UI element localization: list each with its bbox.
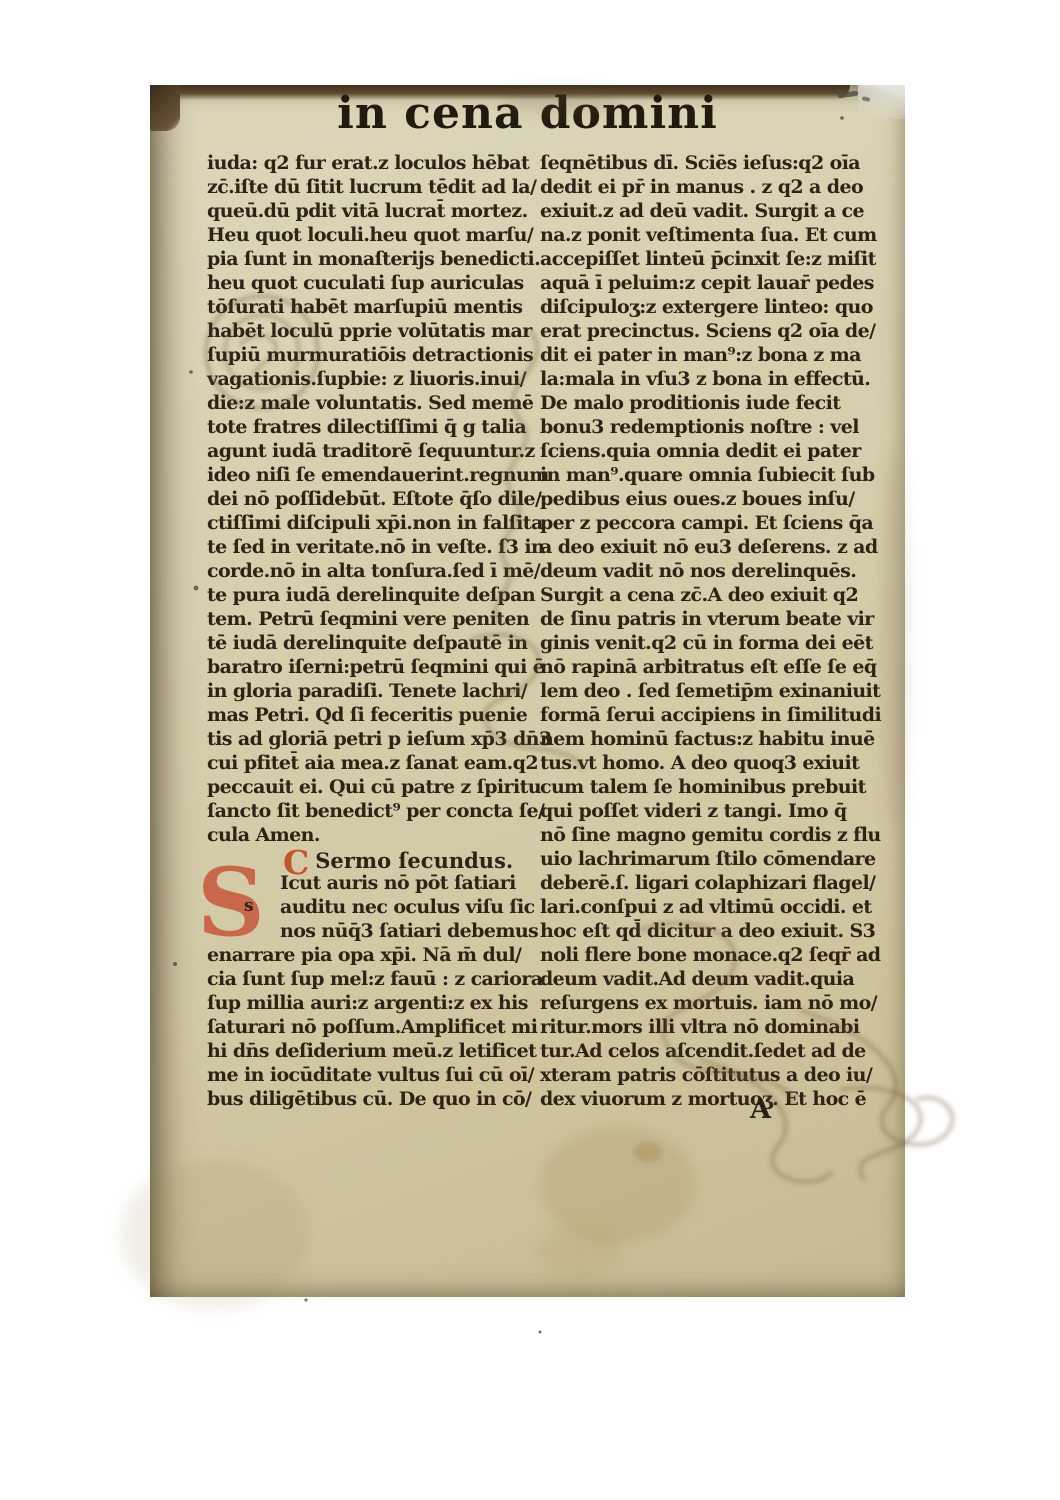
text-line: cui pfitet̄ aia mea.z ſanat eam.q2 — [207, 751, 539, 775]
text-line: zc̄.iſte dū ſitit lucrum tēdit ad la/ — [207, 175, 539, 199]
text-line: tis ad gloriā petri p ieſum xp̄3 dn̄3 — [207, 727, 539, 751]
text-line: deberē.ſ. ligari colaphizari flagel/ — [540, 871, 874, 895]
text-line: peccauit ei. Qui cū patre z ſpiritu — [207, 775, 539, 799]
text-line: bonu3 redemptionis noſtre : vel — [540, 415, 874, 439]
text-line: formā ſerui accipiens in ſimilitudi — [540, 703, 874, 727]
text-line: tem. Petrū ſeqmini vere peniten — [207, 607, 539, 631]
text-line: agunt iudā traditorē ſequuntur.z — [207, 439, 539, 463]
text-line: pia ſunt in monaſterijs benedicti. — [207, 247, 539, 271]
text-line: ideo niſi ſe emendauerint.regnum — [207, 463, 539, 487]
text-line: nos nūq̄3 ſatiari debemus — [280, 919, 540, 943]
quire-signature-mark: A — [750, 1094, 771, 1125]
text-line: dit ei pater in man⁹:z bona z ma — [540, 343, 874, 367]
text-line: deum vadit.Ad deum vadit.quia — [540, 967, 874, 991]
text-line: iuda: q2 fur erat.z loculos hēbat — [207, 151, 539, 175]
text-line: tē iudā derelinquite deſpautē in — [207, 631, 539, 655]
sermon-lines: enarrare pia opa xp̄i. Nā m̄ dul/cia ſun… — [207, 943, 539, 1111]
text-line: cia ſunt ſup mel:z fauū : z cariora — [207, 967, 539, 991]
text-line: uio lachrimarum ſtilo cōmendare — [540, 847, 874, 871]
text-line: ctiſſimi diſcipuli xp̄i.non in falſita — [207, 511, 539, 535]
text-line: Icut auris nō pōt ſatiari — [280, 871, 540, 895]
text-line: die:z male voluntatis. Sed memē — [207, 391, 539, 415]
guide-letter: s — [244, 896, 254, 916]
text-line: deum vadit nō nos derelinquēs. — [540, 559, 874, 583]
text-line: ſancto ſit benedict⁹ per concta ſe/ — [207, 799, 539, 823]
text-line: baratro iſerni:petrū ſeqmini qui ē — [207, 655, 539, 679]
text-line: Surgit a cena zc̄.A deo exiuit q2 — [540, 583, 874, 607]
text-line: te ſed in veritate.nō in veſte. ſ3 in — [207, 535, 539, 559]
text-line: ſaturari nō poſſum.Amplificet mi — [207, 1015, 539, 1039]
text-line: diſcipuloʒ:z extergere linteo: quo — [540, 295, 874, 319]
text-line: in man⁹.quare omnia ſubiecit ſub — [540, 463, 874, 487]
text-line: ſciens.quia omnia dedit ei pater — [540, 439, 874, 463]
text-line: tus.vt homo. A deo quoq3 exiuit — [540, 751, 874, 775]
text-line: nō rapinā arbitratus eſt eſſe ſe eq̄ — [540, 655, 874, 679]
text-line: queū.dū pdit vitā lucrat̄ mortez. — [207, 199, 539, 223]
sermon-indented-lines: Icut auris nō pōt ſatiariauditu nec ocul… — [280, 871, 540, 943]
text-line: lari.conſpui z ad vltimū occidi. et — [540, 895, 874, 919]
text-line: cum talem ſe hominibus prebuit — [540, 775, 874, 799]
text-line: dedit ei pr̄ in manus . z q2 a deo — [540, 175, 874, 199]
rubricated-initial: S — [197, 856, 265, 950]
text-line: de ſinu patris in vterum beate vir — [540, 607, 874, 631]
text-line: habēt loculū pprie volūtatis mar — [207, 319, 539, 343]
text-line: ſupiū murmuratiōis detractionis — [207, 343, 539, 367]
section-heading-text: Sermo ſecundus. — [315, 848, 513, 873]
text-line: heu quot cuculati ſup auriculas — [207, 271, 539, 295]
text-line: hoc eſt qd̄ dicitur a deo exiuit. S3 — [540, 919, 874, 943]
text-line: nem hominū factus:z habitu inuē — [540, 727, 874, 751]
text-line: xteram patris cōſtitutus a deo iu/ — [540, 1063, 874, 1087]
text-line: Heu quot loculi.heu quot marſu/ — [207, 223, 539, 247]
text-line: exiuit.z ad deū vadit. Surgit a ce — [540, 199, 874, 223]
text-line: te pura iudā derelinquite deſpan — [207, 583, 539, 607]
text-line: nō ſine magno gemitu cordis z flu — [540, 823, 874, 847]
text-line: enarrare pia opa xp̄i. Nā m̄ dul/ — [207, 943, 539, 967]
text-line: aquā ī peluim:z cepit lauar̄ pedes — [540, 271, 874, 295]
text-line: ginis venit.q2 cū in forma dei eēt — [540, 631, 874, 655]
text-line: ſeqnētibus dī. Sciēs ieſus:q2 oīa — [540, 151, 874, 175]
text-line: bus diligētibus cū. De quo in cō/ — [207, 1087, 539, 1111]
text-line: in gloria paradiſi. Tenete lachri/ — [207, 679, 539, 703]
text-line: auditu nec oculus viſu ſic — [280, 895, 540, 919]
text-line: qui poſſet videri z tangi. Imo q̄ — [540, 799, 874, 823]
text-line: tur.Ad celos aſcendit.ſedet ad de — [540, 1039, 874, 1063]
text-line: na.z ponit veſtimenta ſua. Et cum — [540, 223, 874, 247]
text-line: ritur.mors illi vltra nō dominabi — [540, 1015, 874, 1039]
page-title: in cena domini — [150, 88, 905, 139]
text-line: per z peccora campi. Et ſciens q̄a — [540, 511, 874, 535]
text-line: la:mala in vſu3 z bona in effectū. — [540, 367, 874, 391]
text-line: mas Petri. Qd ſi feceritis puenie — [207, 703, 539, 727]
left-text-column: iuda: q2 fur erat.z loculos hēbatzc̄.iſt… — [207, 151, 539, 847]
text-line: hi dn̄s deſiderium meū.z letificet — [207, 1039, 539, 1063]
text-line: dex viuorum z mortuoʒ. Et hoc ē — [540, 1087, 874, 1111]
book-page-scan: in cena domini iuda: q2 fur erat.z locul… — [0, 0, 1060, 1500]
text-line: ſup millia auri:z argenti:z ex his — [207, 991, 539, 1015]
text-line: corde.nō in alta tonſura.ſed ī mē/ — [207, 559, 539, 583]
text-line: vagationis.ſupbie: z liuoris.inui/ — [207, 367, 539, 391]
text-line: me in iocūditate vultus ſui cū oī/ — [207, 1063, 539, 1087]
text-line: tote fratres dilectiſſimi q̄ g talia — [207, 415, 539, 439]
text-line: reſurgens ex mortuis. iam nō mo/ — [540, 991, 874, 1015]
text-line: a deo exiuit nō eu3 deſerens. z ad — [540, 535, 874, 559]
text-line: lem deo . ſed ſemetip̄m exinaniuit — [540, 679, 874, 703]
right-text-column: ſeqnētibus dī. Sciēs ieſus:q2 oīadedit e… — [540, 151, 874, 1111]
text-line: tōſurati habēt marſupiū mentis — [207, 295, 539, 319]
text-line: erat precinctus. Sciens q2 oīa de/ — [540, 319, 874, 343]
text-line: accepiſſet linteū p̄cinxit ſe:z miſit — [540, 247, 874, 271]
text-line: pedibus eius oues.z boues inſu/ — [540, 487, 874, 511]
text-line: dei nō poſſidebūt. Eſtote q̄ſo dile/ — [207, 487, 539, 511]
text-line: De malo proditionis iude fecit — [540, 391, 874, 415]
text-line: noli flere bone monace.q2 ſeqr̄ ad — [540, 943, 874, 967]
